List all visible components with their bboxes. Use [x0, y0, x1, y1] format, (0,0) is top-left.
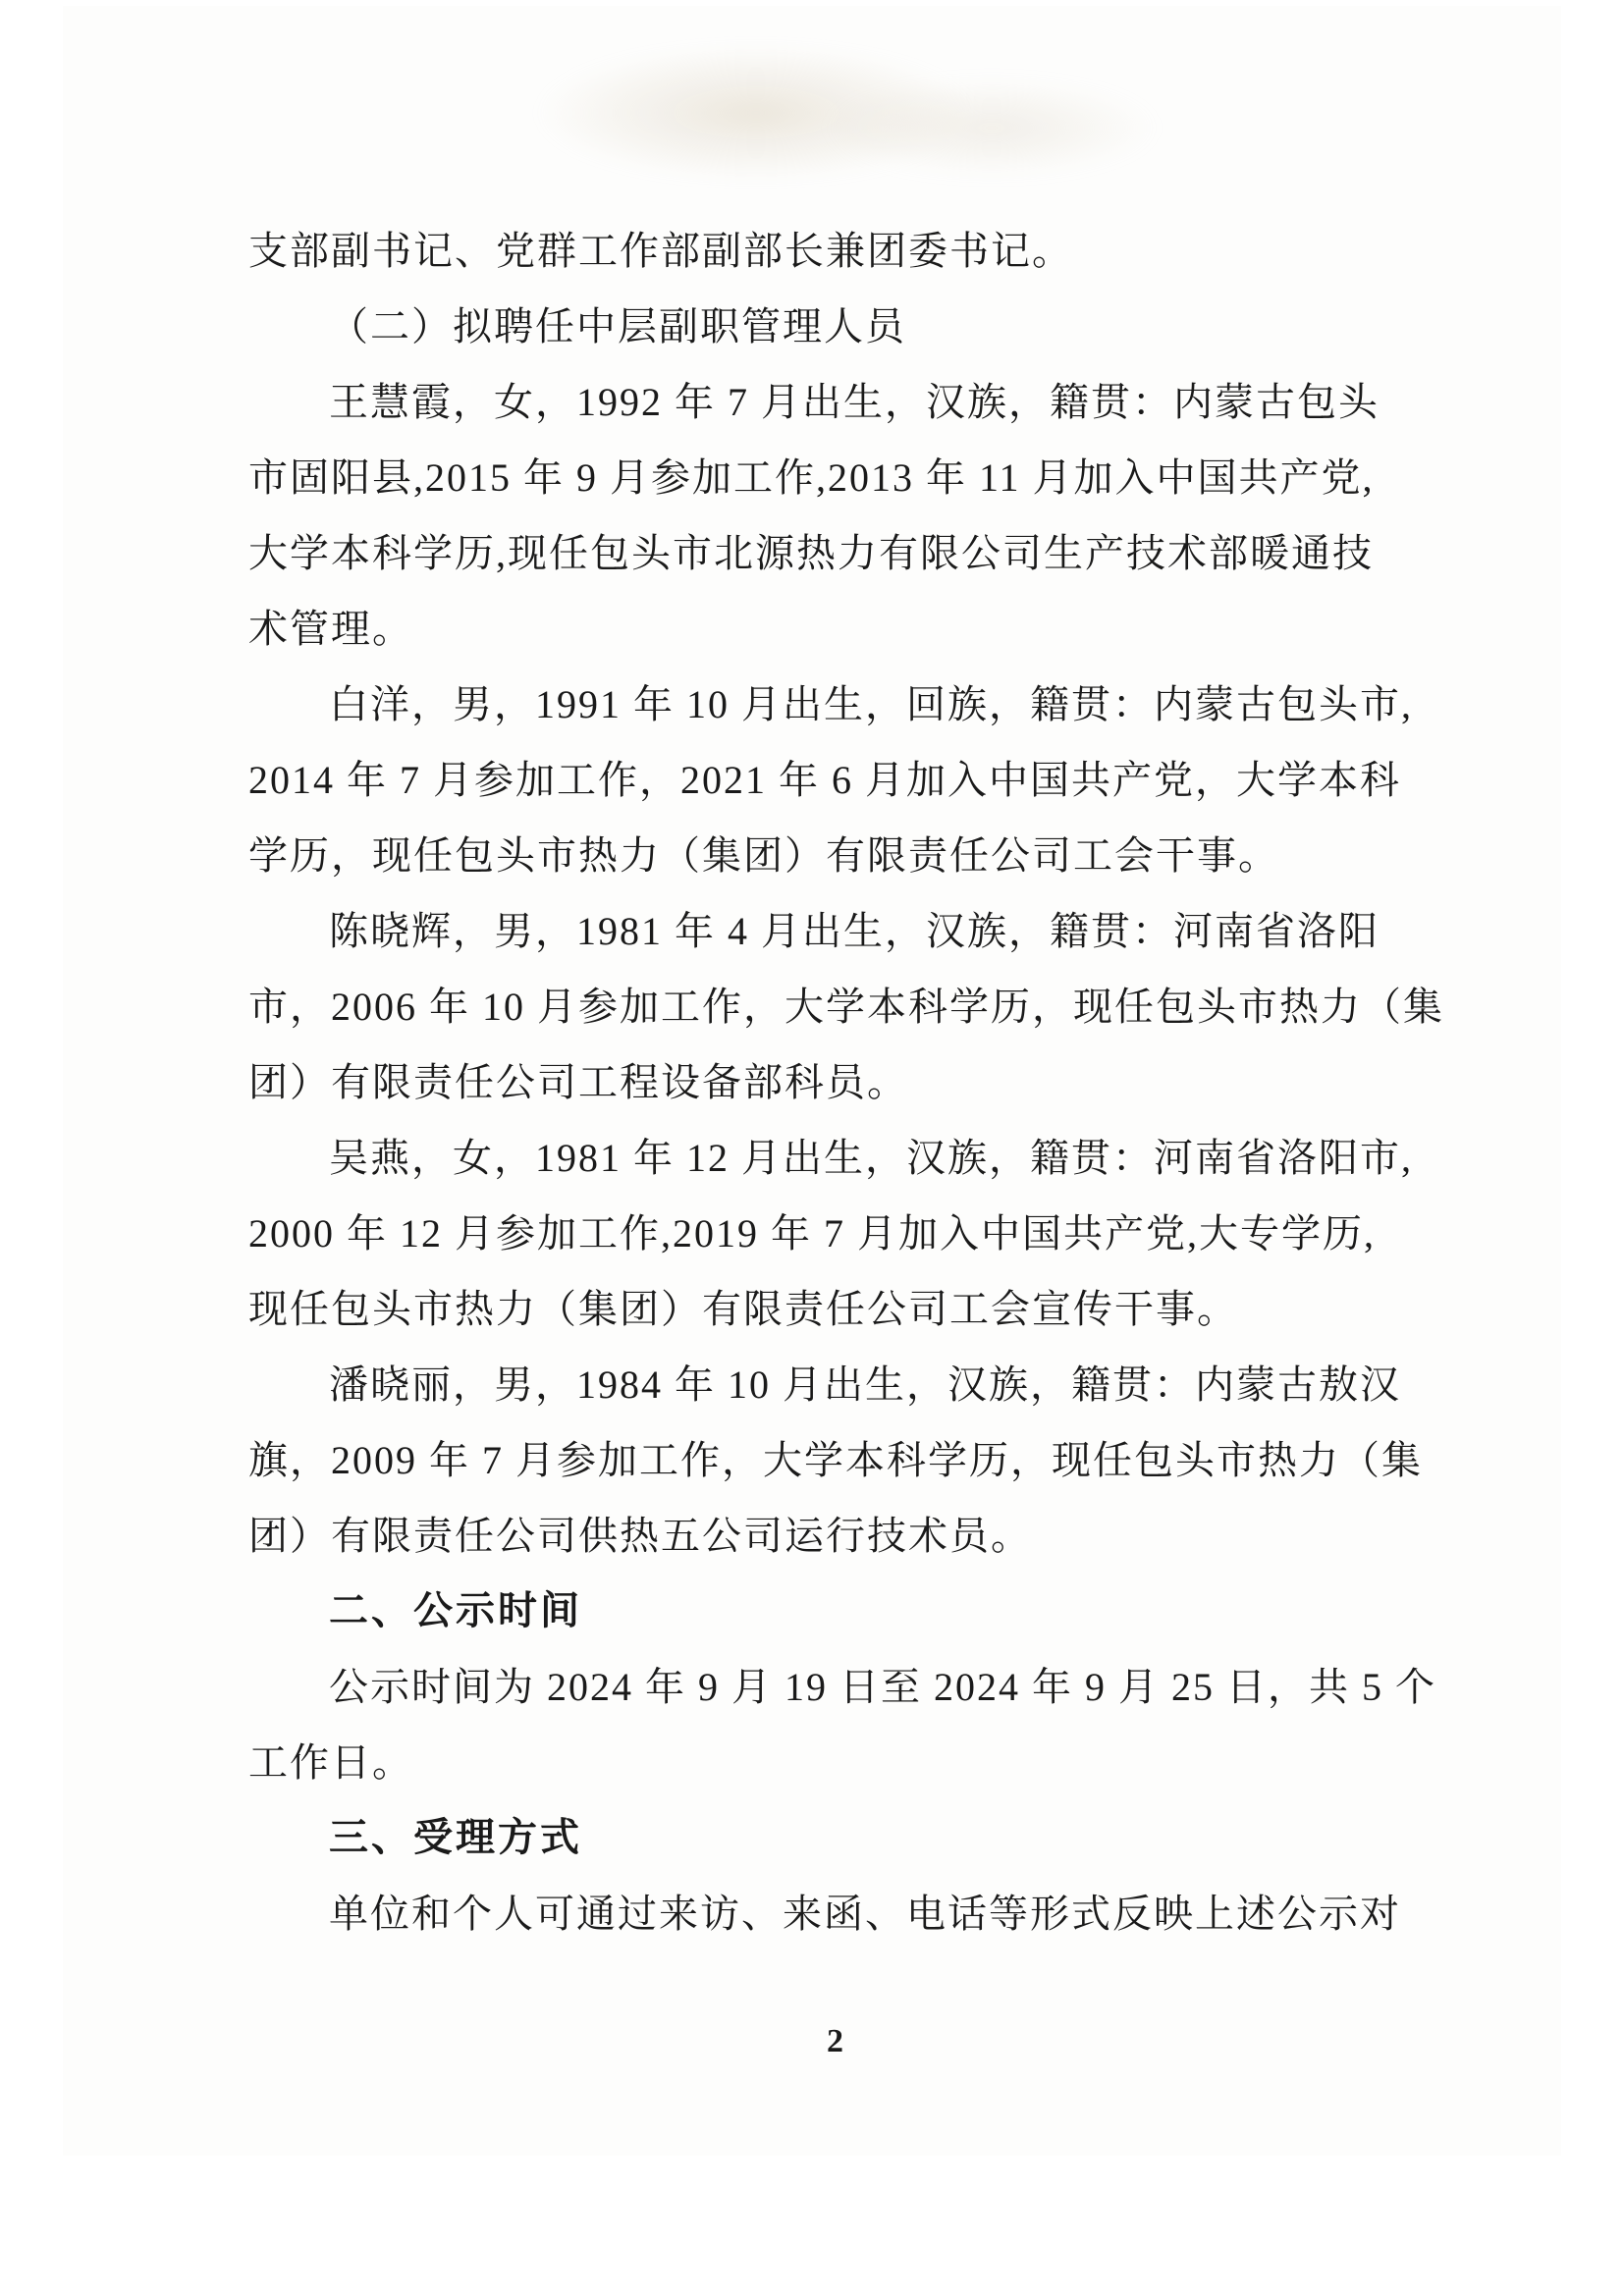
text-line: 王慧霞，女，1992 年 7 月出生，汉族，籍贯：内蒙古包头 — [248, 364, 1412, 440]
text-line: 2000 年 12 月参加工作,2019 年 7 月加入中国共产党,大专学历, — [248, 1196, 1412, 1271]
text-line: 白洋，男，1991 年 10 月出生，回族，籍贯：内蒙古包头市, — [248, 667, 1412, 742]
section-heading: 三、受理方式 — [248, 1800, 1412, 1876]
text-line: 大学本科学历,现任包头市北源热力有限公司生产技术部暖通技 — [248, 515, 1412, 591]
text-line: 潘晓丽，男，1984 年 10 月出生，汉族，籍贯：内蒙古敖汉 — [248, 1347, 1412, 1422]
text-line: 单位和个人可通过来访、来函、电话等形式反映上述公示对 — [248, 1876, 1412, 1951]
text-line: 术管理。 — [248, 591, 1412, 667]
text-line: 工作日。 — [248, 1725, 1412, 1800]
text-line: （二）拟聘任中层副职管理人员 — [248, 289, 1412, 364]
text-line: 团）有限责任公司供热五公司运行技术员。 — [248, 1498, 1412, 1574]
text-line: 旗，2009 年 7 月参加工作，大学本科学历，现任包头市热力（集 — [248, 1422, 1412, 1498]
text-line: 市固阳县,2015 年 9 月参加工作,2013 年 11 月加入中国共产党, — [248, 440, 1412, 515]
page-number: 2 — [24, 2020, 1623, 2063]
document-page: 支部副书记、党群工作部副部长兼团委书记。（二）拟聘任中层副职管理人员王慧霞，女，… — [0, 0, 1623, 2296]
section-heading: 二、公示时间 — [248, 1574, 1412, 1649]
document-body: 支部副书记、党群工作部副部长兼团委书记。（二）拟聘任中层副职管理人员王慧霞，女，… — [248, 213, 1412, 1951]
text-line: 2014 年 7 月参加工作，2021 年 6 月加入中国共产党，大学本科 — [248, 742, 1412, 818]
text-line: 吴燕，女，1981 年 12 月出生，汉族，籍贯：河南省洛阳市, — [248, 1120, 1412, 1196]
text-line: 现任包头市热力（集团）有限责任公司工会宣传干事。 — [248, 1271, 1412, 1347]
text-line: 公示时间为 2024 年 9 月 19 日至 2024 年 9 月 25 日，共… — [248, 1649, 1412, 1725]
text-line: 支部副书记、党群工作部副部长兼团委书记。 — [248, 213, 1412, 289]
text-line: 市，2006 年 10 月参加工作，大学本科学历，现任包头市热力（集 — [248, 969, 1412, 1044]
text-line: 团）有限责任公司工程设备部科员。 — [248, 1044, 1412, 1120]
text-line: 陈晓辉，男，1981 年 4 月出生，汉族，籍贯：河南省洛阳 — [248, 893, 1412, 969]
text-line: 学历，现任包头市热力（集团）有限责任公司工会干事。 — [248, 818, 1412, 893]
